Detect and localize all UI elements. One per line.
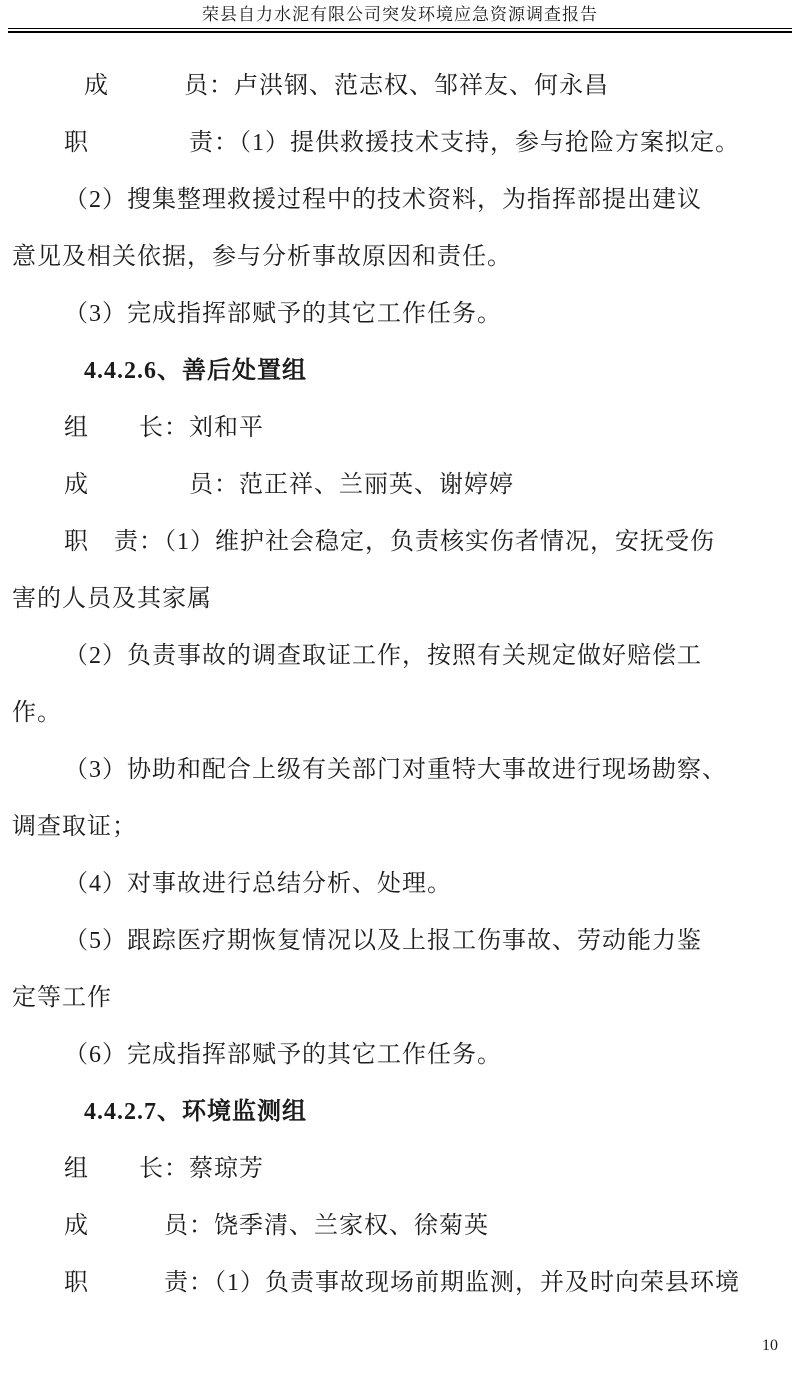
text-line: 害的人员及其家属 — [12, 571, 788, 628]
text-line: 组 长：刘和平 — [12, 400, 788, 457]
text-line: 调查取证； — [12, 799, 788, 856]
text-line: 职 责：（1）提供救援技术支持，参与抢险方案拟定。 — [12, 115, 788, 172]
section-heading: 4.4.2.6、善后处置组 — [12, 343, 788, 400]
page-number: 10 — [762, 1336, 778, 1356]
text-line: （4）对事故进行总结分析、处理。 — [12, 856, 788, 913]
text-line: 作。 — [12, 685, 788, 742]
text-line: （3）协助和配合上级有关部门对重特大事故进行现场勘察、 — [12, 742, 788, 799]
text-line: 职 责：（1）维护社会稳定，负责核实伤者情况，安抚受伤 — [12, 514, 788, 571]
document-page: 荣县自力水泥有限公司突发环境应急资源调查报告 成 员：卢洪钢、范志权、邹祥友、何… — [0, 0, 800, 1382]
text-line: 成 员：范正祥、兰丽英、谢婷婷 — [12, 457, 788, 514]
text-line: （2）搜集整理救援过程中的技术资料，为指挥部提出建议 — [12, 172, 788, 229]
text-line: （6）完成指挥部赋予的其它工作任务。 — [12, 1027, 788, 1084]
page-header: 荣县自力水泥有限公司突发环境应急资源调查报告 — [0, 0, 800, 33]
text-line: 成 员：卢洪钢、范志权、邹祥友、何永昌 — [12, 58, 788, 115]
text-line: 成 员：饶季清、兰家权、徐菊英 — [12, 1198, 788, 1255]
page-title: 荣县自力水泥有限公司突发环境应急资源调查报告 — [0, 0, 800, 26]
text-line: 定等工作 — [12, 970, 788, 1027]
section-heading: 4.4.2.7、环境监测组 — [12, 1084, 788, 1141]
text-line: 意见及相关依据，参与分析事故原因和责任。 — [12, 229, 788, 286]
document-body: 成 员：卢洪钢、范志权、邹祥友、何永昌 职 责：（1）提供救援技术支持，参与抢险… — [12, 58, 788, 1312]
text-line: 职 责：（1）负责事故现场前期监测，并及时向荣县环境 — [12, 1255, 788, 1312]
text-line: 组 长：蔡琼芳 — [12, 1141, 788, 1198]
header-rule — [8, 28, 792, 33]
text-line: （2）负责事故的调查取证工作，按照有关规定做好赔偿工 — [12, 628, 788, 685]
text-line: （3）完成指挥部赋予的其它工作任务。 — [12, 286, 788, 343]
text-line: （5）跟踪医疗期恢复情况以及上报工伤事故、劳动能力鉴 — [12, 913, 788, 970]
